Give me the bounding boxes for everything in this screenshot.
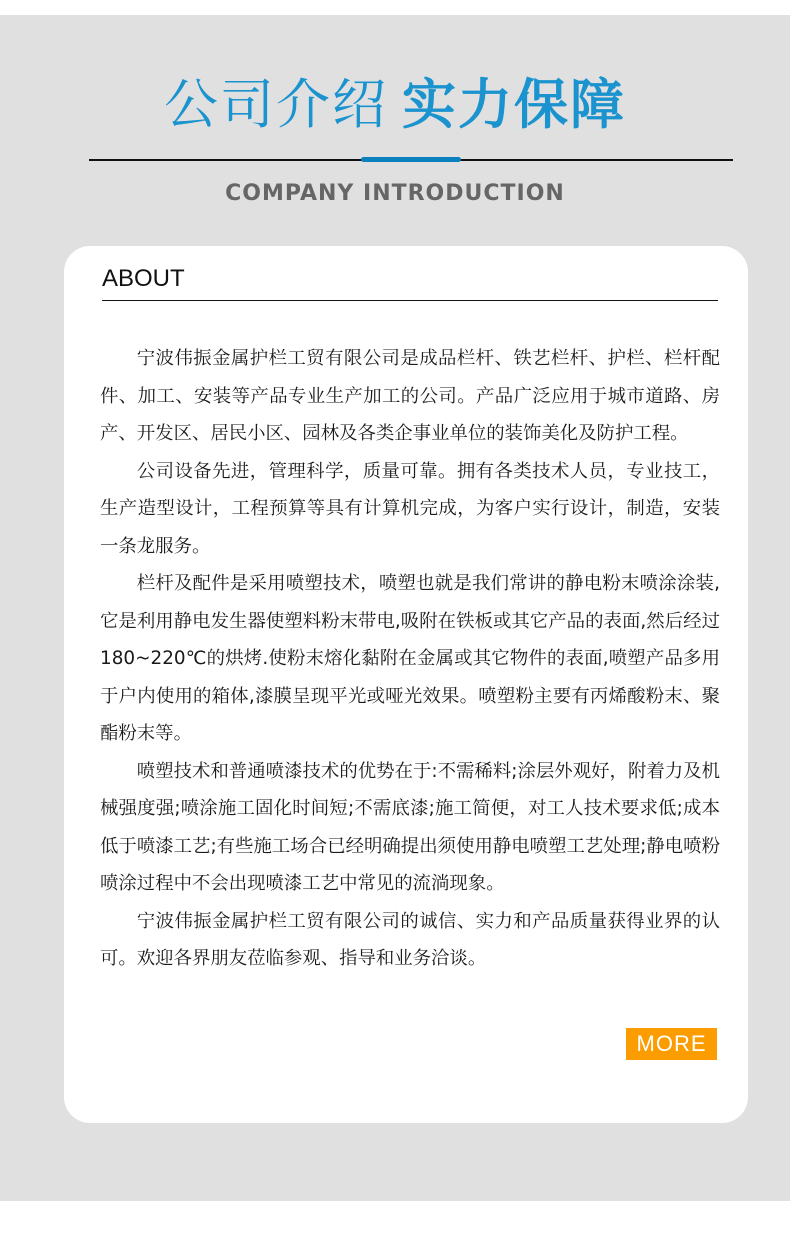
about-divider — [102, 300, 718, 301]
about-paragraph: 喷塑技术和普通喷漆技术的优势在于:不需稀料;涂层外观好，附着力及机械强度强;喷涂… — [100, 753, 720, 903]
about-paragraph: 栏杆及配件是采用喷塑技术，喷塑也就是我们常讲的静电粉末喷涂涂装,它是利用静电发生… — [100, 565, 720, 753]
title-strength: 实力保障 — [402, 73, 626, 136]
title-divider-accent — [361, 157, 461, 162]
about-body: 宁波伟振金属护栏工贸有限公司是成品栏杆、铁艺栏杆、护栏、栏杆配件、加工、安装等产… — [100, 340, 720, 978]
more-button[interactable]: MORE — [626, 1028, 717, 1060]
about-paragraph: 宁波伟振金属护栏工贸有限公司的诚信、实力和产品质量获得业界的认可。欢迎各界朋友莅… — [100, 903, 720, 978]
about-paragraph: 公司设备先进，管理科学，质量可靠。拥有各类技术人员，专业技工，生产造型设计，工程… — [100, 453, 720, 566]
page-subtitle: COMPANY INTRODUCTION — [0, 178, 790, 210]
about-heading: ABOUT — [102, 264, 185, 294]
page-title: 公司介绍实力保障 — [0, 70, 790, 140]
about-card: ABOUT 宁波伟振金属护栏工贸有限公司是成品栏杆、铁艺栏杆、护栏、栏杆配件、加… — [64, 246, 748, 1123]
about-paragraph: 宁波伟振金属护栏工贸有限公司是成品栏杆、铁艺栏杆、护栏、栏杆配件、加工、安装等产… — [100, 340, 720, 453]
title-company-intro: 公司介绍 — [164, 73, 388, 136]
